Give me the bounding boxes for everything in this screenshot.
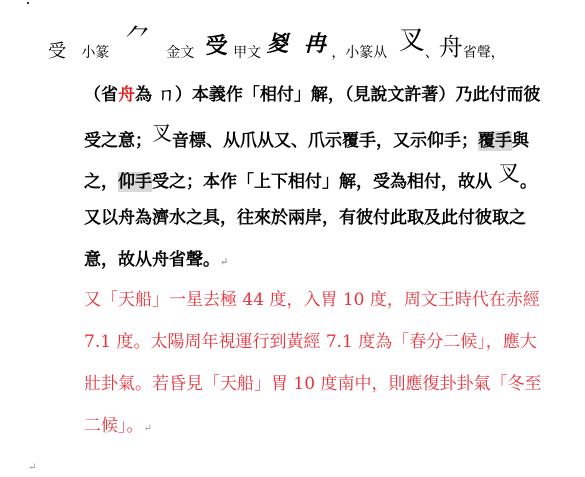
trailing-paragraph-mark-icon: ↵ [28,462,36,473]
text-segment: 二候」。 [84,416,144,436]
text-segment: （省 [84,85,118,105]
text-segment: 。 [520,172,537,192]
paragraph2-line2: 7.1 度。太陽周年視運行到黃經 7.1 度為「春分二候」，應大 [84,332,537,352]
you-glyph-icon: 叉 [152,120,172,146]
separator: 、 [425,45,439,61]
text-segment: 意，故从舟省聲。 [84,250,220,270]
paragraph2-line3: 壯卦氣。若昏見「天船」胃 10 度南中，則應復卦卦氣「冬至 [84,374,541,394]
text-segment: 音標、从爪从又、爪示覆手，又示仰手； [172,131,478,151]
text-segment: 受之意； [84,131,152,151]
paragraph2-line4: 二候」。↵ [84,416,152,439]
jinwen-glyph-icon: 受 [206,33,228,59]
jiawen-glyph-2-icon: 冉 [304,31,326,57]
highlighted-text: 覆手 [478,131,512,151]
text-segment: 受之；本作「上下相付」解，受為相付，故从 [152,172,492,192]
text-end: 省聲， [463,45,505,61]
paragraph1-line6: 意，故从舟省聲。↵ [84,250,228,273]
you-glyph-icon: 叉 [498,162,520,188]
text-segment: 與 [512,131,529,151]
highlighted-text: 仰手 [118,172,152,192]
page-corner-mark [27,2,29,4]
paragraph-mark-icon: ↵ [220,257,228,268]
xiaozhuan-glyph-icon: ⺈ [125,26,151,52]
zhou-glyph-icon: 舟 [439,34,463,60]
paragraph1-line2: （省舟為 ㄇ）本義作「相付」解，（見說文許著）乃此付而彼 [84,85,540,105]
paragraph1-line4: 之，仰手受之；本作「上下相付」解，受為相付，故从叉。 [84,168,537,194]
paragraph1-line3: 受之意；叉音標、从爪从又、爪示覆手，又示仰手；覆手與 [84,126,529,152]
paragraph1-line5: 又以舟為濟水之具，往來於兩岸，有彼付此取及此付彼取之 [84,208,526,228]
label-jinwen: 金文 [166,45,194,61]
label-jiawen: 甲文 [233,45,261,61]
you-glyph-icon: 叉 [399,28,425,54]
jiawen-glyph-1-icon: 㚇 [266,31,288,57]
text-segment: 之， [84,172,118,192]
paragraph-mark-icon: ↵ [144,423,152,434]
text-after-glyphs: ，小篆从 [331,45,387,61]
header-line: 受 小篆 ⺈ 金文 受 甲文 㚇 冉 ，小篆从 叉、舟省聲， [48,36,505,63]
paragraph2-line1: 又「天船」一星去極 44 度，入胃 10 度，周文王時代在赤經 [84,290,540,310]
text-segment: 為 ㄇ）本義作「相付」解，（見說文許著）乃此付而彼 [135,85,540,105]
head-character: 受 [48,41,66,62]
red-character: 舟 [118,85,135,105]
label-xiaozhuan: 小篆 [81,45,109,61]
